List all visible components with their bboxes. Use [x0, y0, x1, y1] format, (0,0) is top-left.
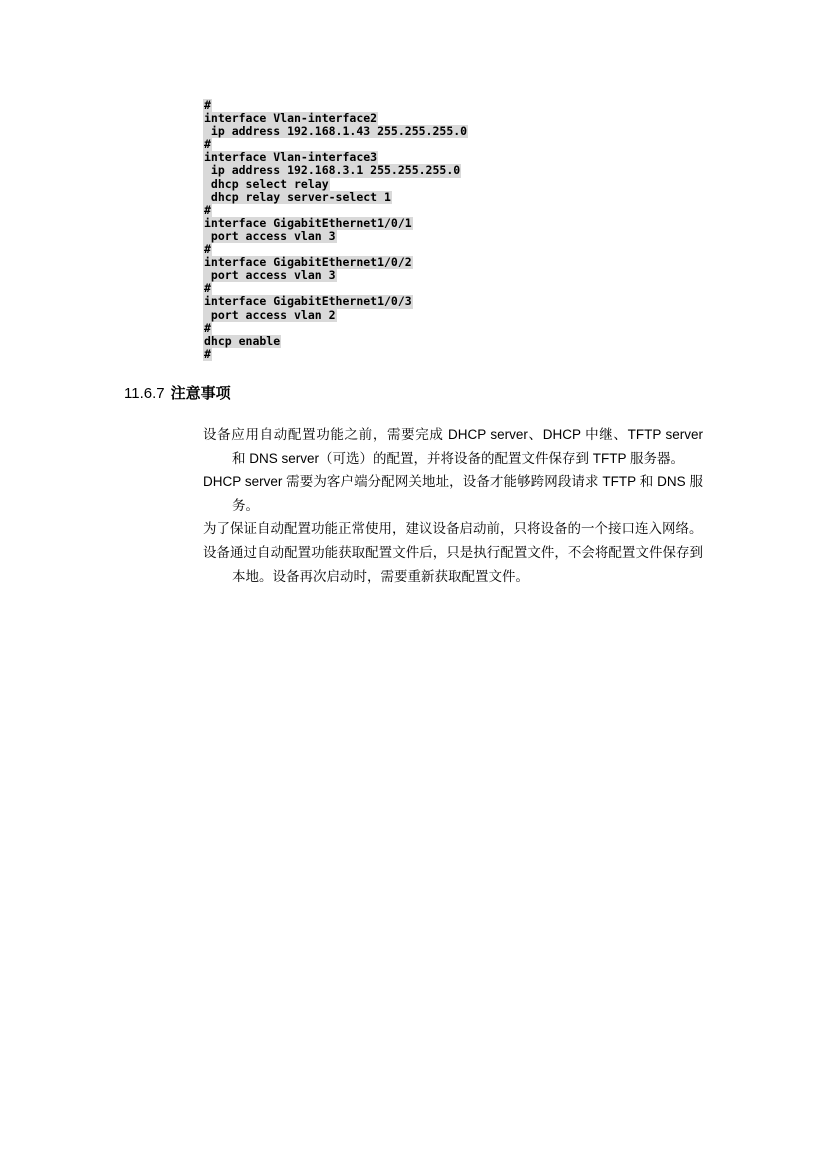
section-heading: 11.6.7注意事项 [124, 385, 231, 403]
code-line: port access vlan 3 [203, 230, 468, 243]
code-line-text: port access vlan 3 [203, 230, 337, 243]
code-line: dhcp relay server-select 1 [203, 191, 468, 204]
code-line-text: # [203, 322, 212, 335]
code-line-text: port access vlan 3 [203, 269, 337, 282]
code-line-text: # [203, 204, 212, 217]
code-line: # [203, 322, 468, 335]
section-title: 注意事项 [171, 385, 231, 402]
code-line-text: interface GigabitEthernet1/0/3 [203, 295, 413, 308]
code-line: port access vlan 3 [203, 269, 468, 282]
note-paragraph: 设备应用自动配置功能之前，需要完成 DHCP server、DHCP 中继、TF… [203, 423, 703, 470]
note-paragraph: 为了保证自动配置功能正常使用，建议设备启动前，只将设备的一个接口连入网络。 [203, 517, 703, 541]
code-line: interface GigabitEthernet1/0/1 [203, 217, 468, 230]
document-page: # interface Vlan-interface2 ip address 1… [0, 0, 827, 1170]
note-paragraph: DHCP server 需要为客户端分配网关地址，设备才能够跨网段请求 TFTP… [203, 470, 703, 517]
code-line-text: port access vlan 2 [203, 309, 337, 322]
notes-list: 设备应用自动配置功能之前，需要完成 DHCP server、DHCP 中继、TF… [203, 423, 703, 588]
config-code-block: # interface Vlan-interface2 ip address 1… [203, 99, 468, 361]
code-line: dhcp select relay [203, 178, 468, 191]
code-line-text: # [203, 348, 212, 361]
section-number: 11.6.7 [124, 385, 165, 402]
code-line: # [203, 348, 468, 361]
code-line-text: ip address 192.168.3.1 255.255.255.0 [203, 164, 461, 177]
code-line: interface GigabitEthernet1/0/3 [203, 295, 468, 308]
code-line-text: dhcp relay server-select 1 [203, 191, 392, 204]
code-line-text: ip address 192.168.1.43 255.255.255.0 [203, 125, 468, 138]
code-line: port access vlan 2 [203, 309, 468, 322]
code-line-text: dhcp select relay [203, 178, 330, 191]
code-line: ip address 192.168.3.1 255.255.255.0 [203, 164, 468, 177]
code-line: ip address 192.168.1.43 255.255.255.0 [203, 125, 468, 138]
code-line-text: dhcp enable [203, 335, 281, 348]
note-paragraph: 设备通过自动配置功能获取配置文件后，只是执行配置文件，不会将配置文件保存到本地。… [203, 541, 703, 588]
code-line: # [203, 204, 468, 217]
code-line-text: interface GigabitEthernet1/0/1 [203, 217, 413, 230]
code-line: dhcp enable [203, 335, 468, 348]
